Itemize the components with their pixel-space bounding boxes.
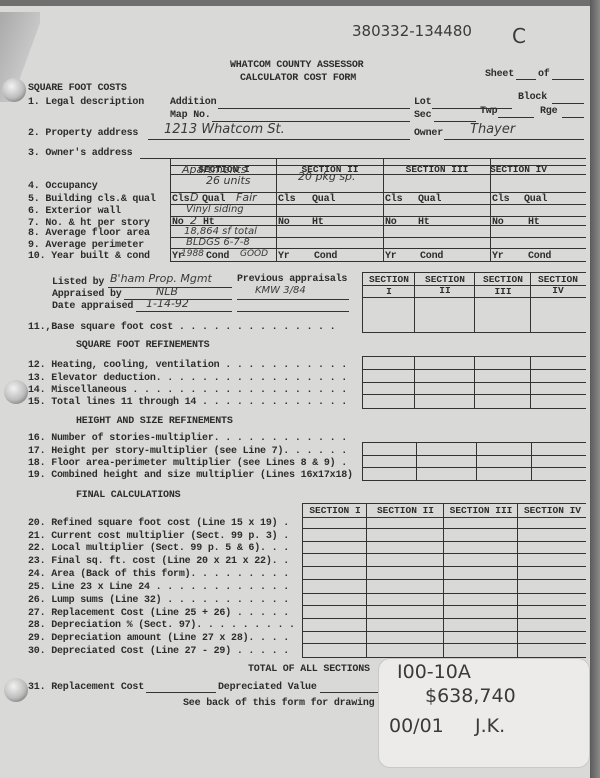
s1-cond-value: GOOD bbox=[240, 249, 268, 259]
sticky-note-code: I00-10A bbox=[397, 661, 471, 683]
row-label-floor-area: 8. Average floor area bbox=[28, 228, 150, 239]
twp-label: Twp bbox=[480, 106, 497, 117]
sticky-note: I00-10A $638,740 00/01 J.K. bbox=[378, 658, 590, 768]
line-19: 19. Combined height and size multiplier … bbox=[28, 470, 353, 481]
sheet-of-label: of bbox=[538, 69, 550, 80]
listed-by-value: B'ham Prop. Mgmt bbox=[110, 272, 212, 285]
addition-field[interactable] bbox=[218, 108, 410, 109]
final-calculations-title: FINAL CALCULATIONS bbox=[76, 490, 180, 501]
s3-yr-label: Yr bbox=[385, 251, 397, 262]
s2-cls-label: Cls bbox=[278, 194, 295, 205]
line-24: 24. Area (Back of this form). . . . . . … bbox=[28, 569, 289, 580]
s2-ht-label: Ht bbox=[312, 217, 324, 228]
s4-yr-label: Yr bbox=[492, 251, 504, 262]
title-line-2: CALCULATOR COST FORM bbox=[240, 73, 356, 84]
s3-qual-label: Qual bbox=[418, 194, 441, 205]
see-back-note: See back of this form for drawing bbox=[183, 698, 374, 709]
previous-appraisals-label: Previous appraisals bbox=[237, 274, 347, 285]
s1-floor-area: 18,864 sf total bbox=[184, 226, 257, 237]
base-table-header-top-1: SECTION bbox=[364, 274, 414, 285]
line-16: 16. Number of stories-multiplier. . . . … bbox=[28, 433, 347, 444]
row-label-occupancy: 4. Occupancy bbox=[28, 181, 98, 192]
line-22: 22. Local multiplier (Sect. 99 p. 5 & 6)… bbox=[28, 543, 289, 554]
s1-qual-value: Fair bbox=[236, 191, 257, 204]
line-17: 17. Height per story-multiplier (see Lin… bbox=[28, 446, 347, 457]
previous-appraisal-field-2[interactable] bbox=[237, 311, 349, 312]
base-table-header-bottom-2: II bbox=[416, 285, 474, 296]
s4-cond-label: Cond bbox=[528, 251, 551, 262]
row-label-exterior-wall: 6. Exterior wall bbox=[28, 206, 121, 217]
appraised-by-label: Appraised by bbox=[52, 289, 122, 300]
final-header-3: SECTION III bbox=[445, 505, 517, 516]
base-table-header-bottom-4: IV bbox=[532, 285, 584, 296]
line-15: 15. Total lines 11 through 14 . . . . . … bbox=[28, 397, 347, 408]
final-header-1: SECTION I bbox=[304, 505, 366, 516]
s1-occupancy-line2: 26 units bbox=[206, 174, 251, 187]
s1-perimeter: BLDGS 6-7-8 bbox=[186, 237, 250, 248]
line-26: 26. Lump sums (Line 32) . . . . . . . . … bbox=[28, 595, 289, 606]
left-header: SQUARE FOOT COSTS bbox=[28, 83, 127, 94]
listed-by-label: Listed by bbox=[52, 277, 104, 288]
line-21: 21. Current cost multiplier (Sect. 99 p.… bbox=[28, 531, 289, 542]
addition-label: Addition bbox=[170, 97, 216, 108]
file-number: 380332-134480 bbox=[352, 22, 472, 40]
final-header-2: SECTION II bbox=[368, 505, 443, 516]
sec-label: Sec bbox=[414, 110, 431, 121]
s2-cond-label: Cond bbox=[314, 251, 337, 262]
date-appraised-label: Date appraised bbox=[52, 301, 133, 312]
s4-ht-label: Ht bbox=[528, 217, 540, 228]
sticky-note-date: 00/01 bbox=[389, 715, 444, 737]
section-table-header-3: SECTION III bbox=[385, 164, 489, 175]
base-table-header-top-4: SECTION bbox=[532, 274, 584, 285]
lot-field[interactable] bbox=[432, 108, 512, 109]
s1-year-value: 1988 bbox=[181, 249, 204, 259]
height-size-refinements-title: HEIGHT AND SIZE REFINEMENTS bbox=[76, 416, 233, 427]
sheet-total-field[interactable] bbox=[552, 79, 584, 80]
depreciated-value-field[interactable] bbox=[320, 692, 380, 693]
previous-appraisal-field-1[interactable] bbox=[237, 299, 349, 300]
sticky-note-initials: J.K. bbox=[475, 715, 505, 737]
punch-hole-bottom bbox=[4, 678, 28, 702]
replacement-cost-field[interactable] bbox=[146, 692, 216, 693]
block-label: Block bbox=[518, 92, 547, 103]
s2-no-label: No bbox=[278, 217, 290, 228]
legal-description-label: 1. Legal description bbox=[28, 97, 144, 108]
s3-cls-label: Cls bbox=[385, 194, 402, 205]
owner-value: Thayer bbox=[470, 122, 515, 137]
line-25: 25. Line 23 x Line 24 . . . . . . . . . … bbox=[28, 582, 289, 593]
base-table-header-top-3: SECTION bbox=[476, 274, 530, 285]
owners-address-field[interactable] bbox=[140, 158, 586, 159]
s2-occupancy: 20 pkg sp. bbox=[298, 170, 356, 183]
s2-qual-label: Qual bbox=[312, 194, 335, 205]
corner-letter: C bbox=[512, 24, 526, 48]
line-29: 29. Depreciation amount (Line 27 x 28). … bbox=[28, 633, 289, 644]
rge-field[interactable] bbox=[562, 117, 584, 118]
line-30: 30. Depreciated Cost (Line 27 - 29) . . … bbox=[28, 646, 289, 657]
row-label-year-built: 10. Year built & cond bbox=[28, 251, 150, 262]
date-appraised-field[interactable] bbox=[136, 311, 232, 312]
property-address-value: 1213 Whatcom St. bbox=[164, 122, 285, 137]
s3-cond-label: Cond bbox=[420, 251, 443, 262]
property-address-label: 2. Property address bbox=[28, 128, 138, 139]
s4-cls-label: Cls bbox=[492, 194, 509, 205]
s1-cls-value: D bbox=[190, 191, 198, 204]
sq-ft-refinements-title: SQUARE FOOT REFINEMENTS bbox=[76, 340, 209, 351]
s1-no-label: No bbox=[172, 217, 184, 228]
line-28: 28. Depreciation % (Sect. 97). . . . . .… bbox=[28, 620, 295, 631]
depreciated-value-label: Depreciated Value bbox=[218, 682, 317, 693]
lot-label: Lot bbox=[414, 97, 431, 108]
property-address-field[interactable] bbox=[148, 139, 410, 140]
title-line-1: WHATCOM COUNTY ASSESSOR bbox=[230, 60, 363, 71]
block-field[interactable] bbox=[552, 103, 584, 104]
base-table-header-bottom-3: III bbox=[476, 286, 530, 297]
punch-hole-middle bbox=[4, 380, 28, 404]
total-all-sections-label: TOTAL OF ALL SECTIONS bbox=[248, 664, 370, 675]
date-appraised-value: 1-14-92 bbox=[146, 297, 189, 310]
punch-hole-top bbox=[2, 78, 26, 102]
sheet-number-field[interactable] bbox=[516, 79, 536, 80]
owners-address-label: 3. Owner's address bbox=[28, 148, 132, 159]
s3-no-label: No bbox=[385, 217, 397, 228]
line-14: 14. Miscellaneous . . . . . . . . . . . … bbox=[28, 385, 347, 396]
line-18: 18. Floor area-perimeter multiplier (see… bbox=[28, 458, 347, 469]
previous-appraisal-value-1: KMW 3/84 bbox=[255, 285, 306, 296]
base-table-header-bottom-1: I bbox=[364, 286, 414, 297]
line-20: 20. Refined square foot cost (Line 15 x … bbox=[28, 518, 289, 529]
sticky-note-value: $638,740 bbox=[425, 685, 516, 707]
map-no-label: Map No. bbox=[170, 110, 211, 121]
line-12: 12. Heating, cooling, ventilation . . . … bbox=[28, 360, 347, 371]
section-table-header-4: SECTION IV bbox=[490, 164, 584, 175]
line-13: 13. Elevator deduction. . . . . . . . . … bbox=[28, 373, 347, 384]
final-header-4: SECTION IV bbox=[519, 505, 586, 516]
base-table-header-top-2: SECTION bbox=[416, 274, 474, 285]
s3-ht-label: Ht bbox=[418, 217, 430, 228]
s4-no-label: No bbox=[492, 217, 504, 228]
twp-field[interactable] bbox=[498, 117, 534, 118]
scan-border-right bbox=[590, 0, 600, 778]
line-23: 23. Final sq. ft. cost (Line 20 x 21 x 2… bbox=[28, 556, 289, 567]
s4-qual-label: Qual bbox=[524, 194, 547, 205]
s1-cond-label: Cond bbox=[206, 251, 229, 262]
row-label-building-class: 5. Building cls.& qual bbox=[28, 194, 156, 205]
sheet-label: Sheet bbox=[485, 69, 514, 80]
owner-label: Owner bbox=[414, 128, 443, 139]
line-11-base-cost: 11.,Base square foot cost . . . . . . . … bbox=[28, 322, 335, 333]
owner-field[interactable] bbox=[444, 139, 584, 140]
line-31-replacement-cost-label: 31. Replacement Cost bbox=[28, 682, 144, 693]
row-label-perimeter: 9. Average perimeter bbox=[28, 240, 144, 251]
s2-yr-label: Yr bbox=[278, 251, 290, 262]
rge-label: Rge bbox=[540, 106, 557, 117]
line-27: 27. Replacement Cost (Line 25 + 26) . . … bbox=[28, 608, 289, 619]
